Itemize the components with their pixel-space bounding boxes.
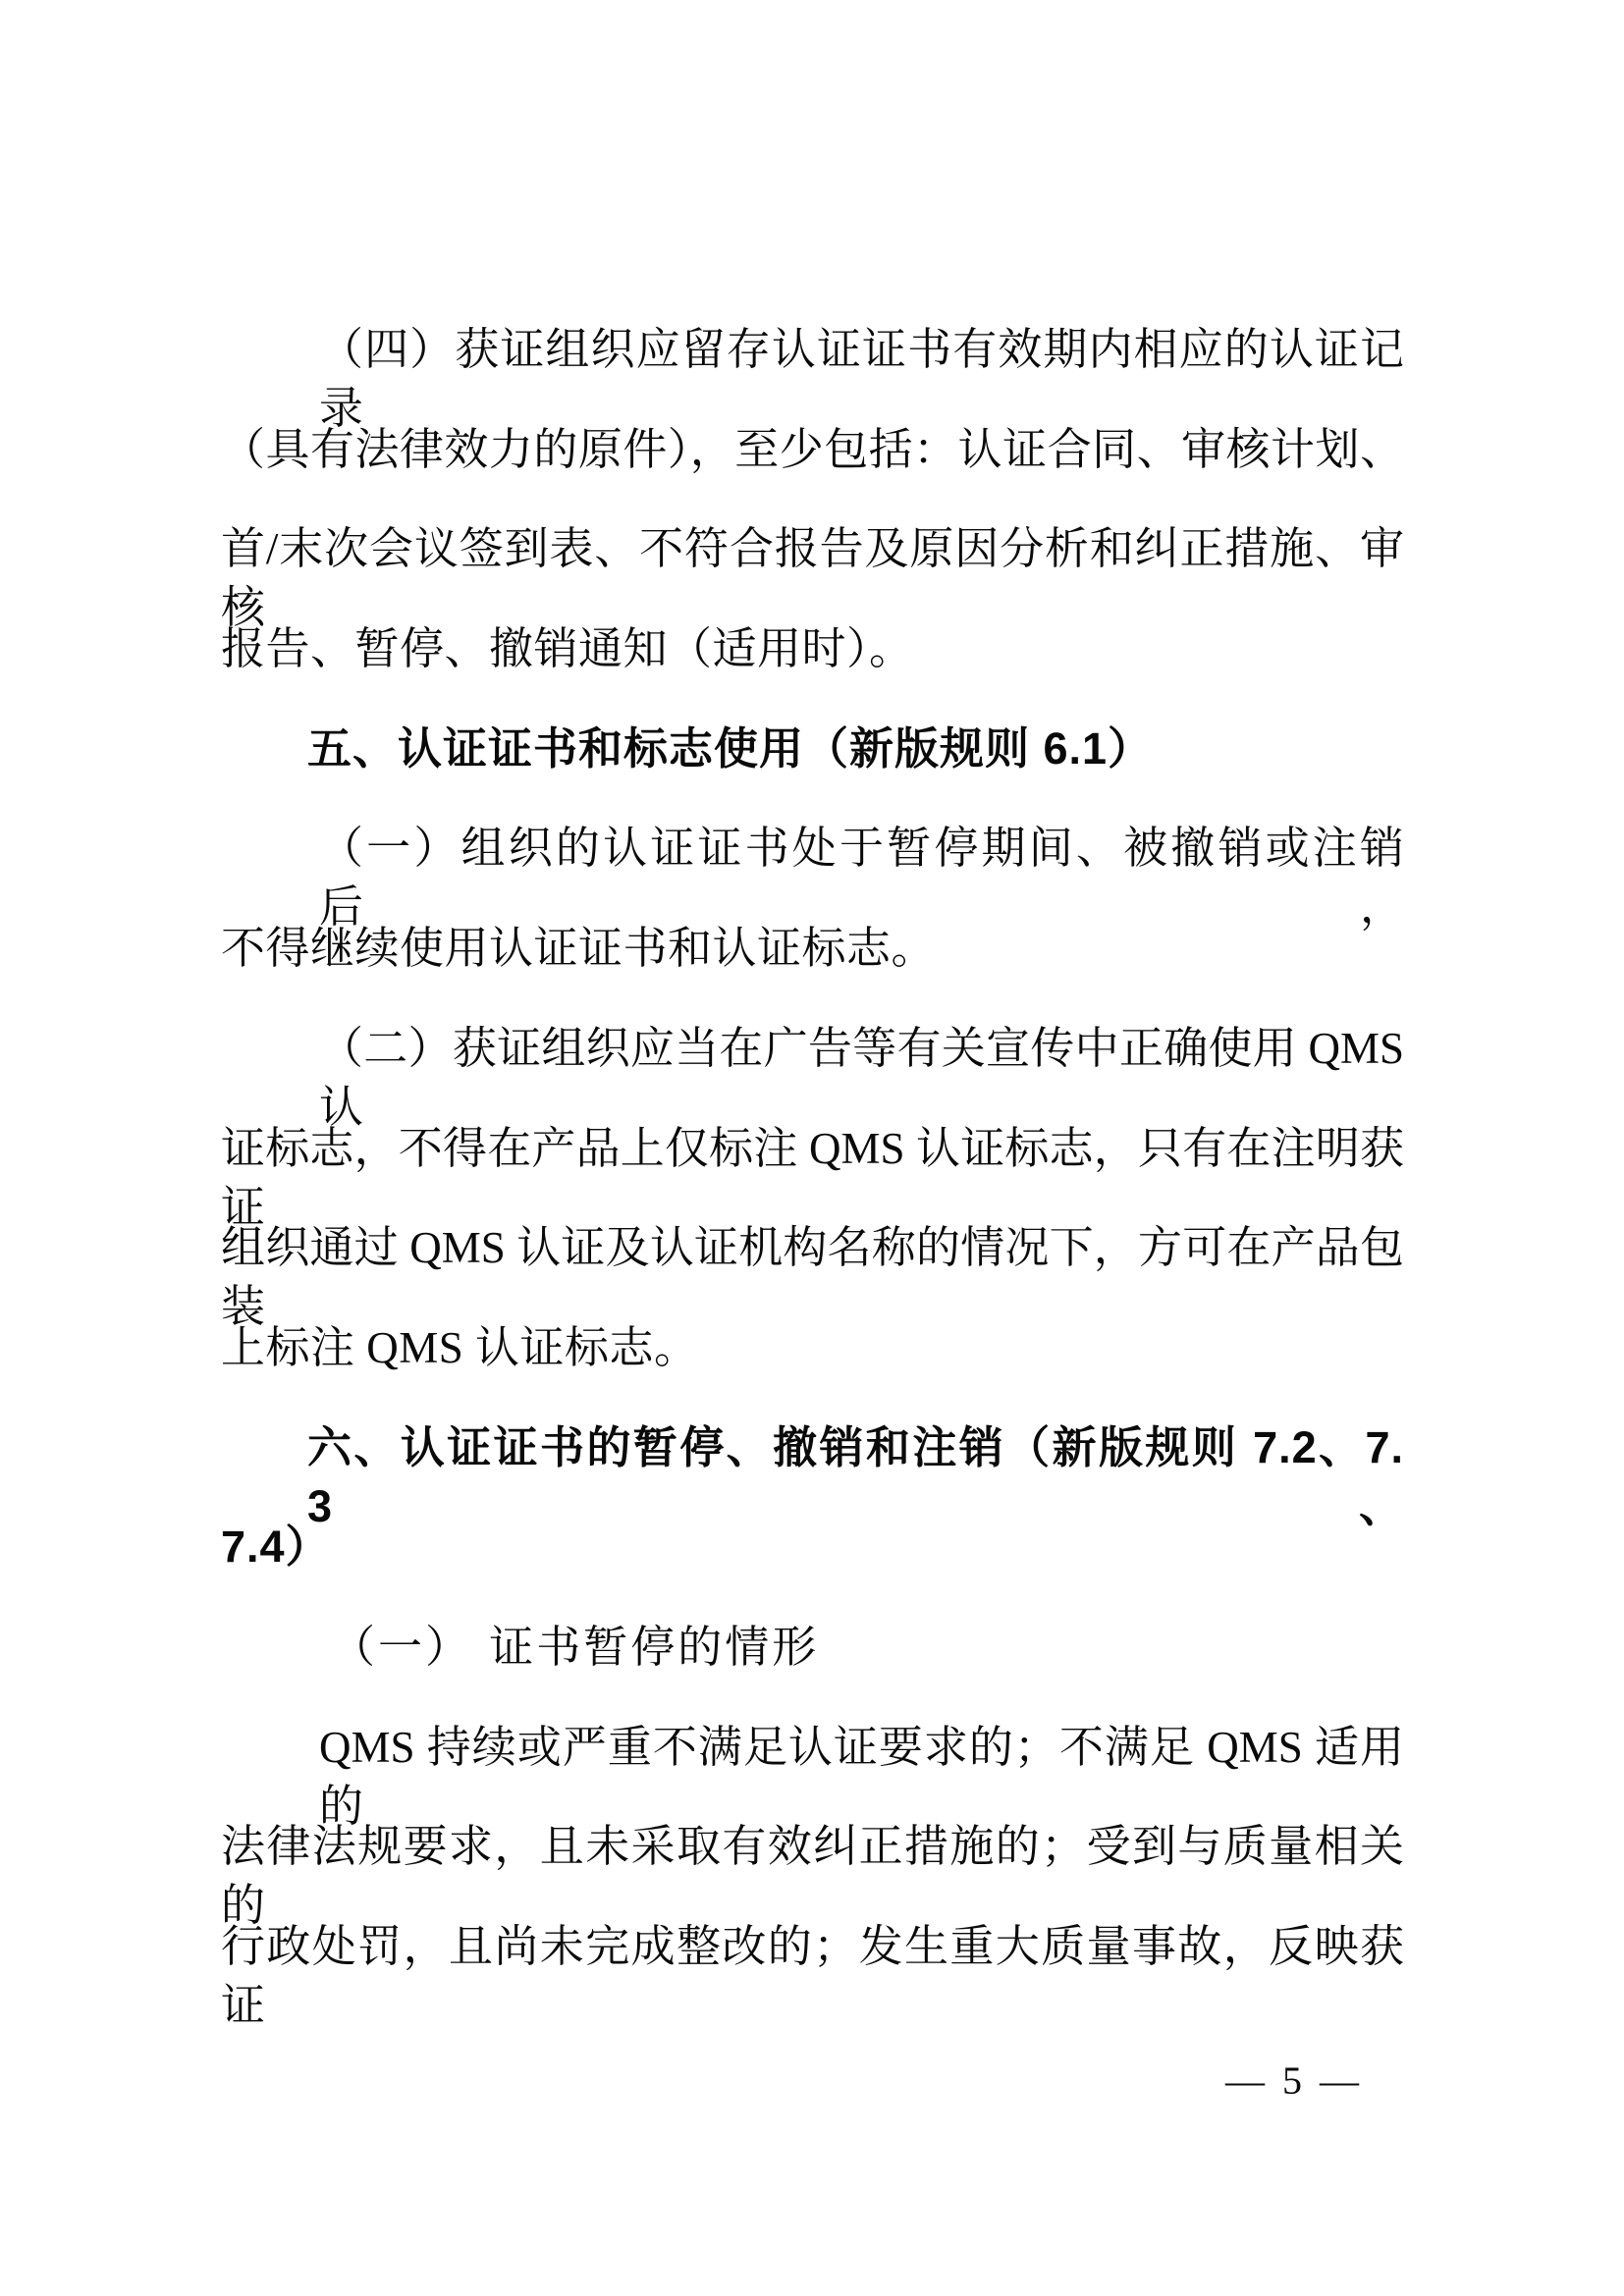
document-page: （四）获证组织应留存认证证书有效期内相应的认证记录 （具有法律效力的原件），至少… <box>0 0 1624 2296</box>
body-line: QMS 持续或严重不满足认证要求的；不满足 QMS 适用的 <box>221 1718 1404 1818</box>
body-line: 首/末次会议签到表、不符合报告及原因分析和纠正措施、审核 <box>221 519 1404 619</box>
body-line: （一）组织的认证证书处于暂停期间、被撤销或注销后， <box>221 819 1404 919</box>
page-number: — 5 — <box>1225 2057 1392 2105</box>
body-line: （具有法律效力的原件），至少包括：认证合同、审核计划、 <box>221 420 1404 520</box>
section-heading-6-line1: 六、认证证书的暂停、撤销和注销（新版规则 7.2、7.3、 <box>221 1418 1404 1519</box>
body-line: 行政处罚，且尚未完成整改的；发生重大质量事故，反映获证 <box>221 1917 1404 2017</box>
body-line: （四）获证组织应留存认证证书有效期内相应的认证记录 <box>221 320 1404 420</box>
subsection-heading: （一） 证书暂停的情形 <box>221 1618 1404 1718</box>
section-heading-5: 五、认证证书和标志使用（新版规则 6.1） <box>221 720 1404 820</box>
body-line: 报告、暂停、撤销通知（适用时）。 <box>221 619 1404 720</box>
body-line: 证标志，不得在产品上仅标注 QMS 认证标志，只有在注明获证 <box>221 1119 1404 1219</box>
body-line: 上标注 QMS 认证标志。 <box>221 1318 1404 1418</box>
body-line: 组织通过 QMS 认证及认证机构名称的情况下，方可在产品包装 <box>221 1218 1404 1318</box>
body-line: （二）获证组织应当在广告等有关宣传中正确使用 QMS 认 <box>221 1019 1404 1119</box>
document-body: （四）获证组织应留存认证证书有效期内相应的认证记录 （具有法律效力的原件），至少… <box>221 320 1404 2017</box>
body-line: 法律法规要求，且未采取有效纠正措施的；受到与质量相关的 <box>221 1817 1404 1917</box>
